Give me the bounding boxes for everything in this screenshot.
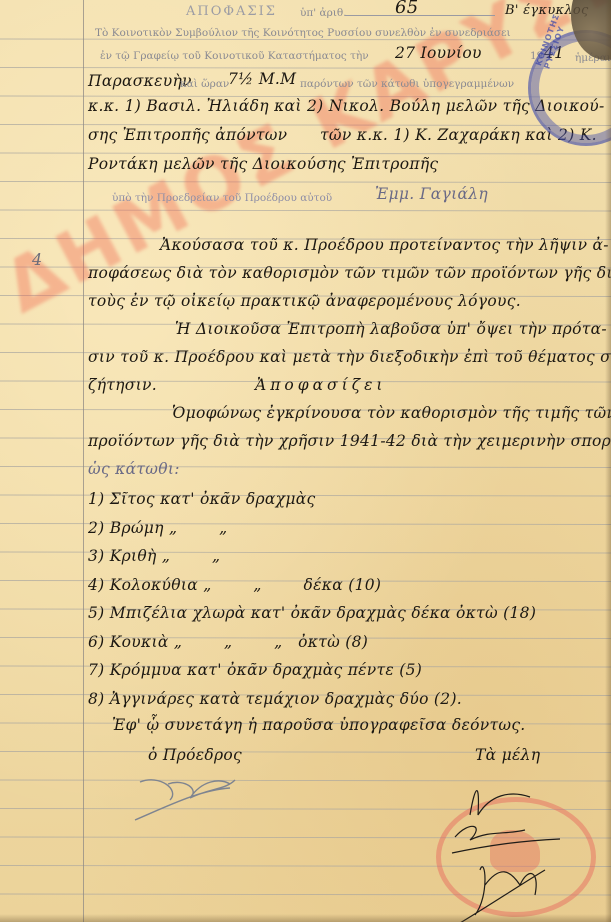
printed-time-label: καὶ ὥραν bbox=[180, 78, 229, 90]
margin-line bbox=[83, 0, 84, 922]
chair-signature bbox=[130, 770, 250, 830]
closing-line: Ἐφ' ᾧ συνετάγη ἡ παροῦσα ὑπογραφεῖσα δεό… bbox=[112, 716, 526, 734]
item-name: Κολοκύθια bbox=[110, 576, 203, 594]
item-price: „ „ bbox=[169, 519, 227, 537]
item-name: Σῖτος bbox=[110, 490, 160, 508]
signature-label-chair: ὁ Πρόεδρος bbox=[148, 746, 242, 764]
item-price: κατ' ὀκᾶν δραχμὰς πέντε (5) bbox=[187, 661, 422, 679]
item-name: Βρώμη bbox=[110, 519, 169, 537]
paragraph-3-line-1: Ὁμοφώνως ἐγκρίνουσα τὸν καθορισμὸν τῆς τ… bbox=[172, 404, 611, 422]
item-price: κατὰ τεμάχιον δραχμὰς δύο (2). bbox=[199, 690, 462, 708]
printed-number-label: ὑπ' ἀριθ. bbox=[300, 7, 347, 19]
item-price: „ „ „ ὀκτὼ (8) bbox=[174, 633, 368, 651]
member-signatures bbox=[450, 775, 570, 922]
paragraph-3-line-3: ὡς κάτωθι: bbox=[88, 460, 180, 478]
item-number: 3) bbox=[88, 547, 110, 565]
price-list-item: 1) Σῖτος κατ' ὀκᾶν δραχμὰς bbox=[88, 490, 315, 508]
members-line-1: κ.κ. 1) Βασιλ. Ἠλιάδη καὶ 2) Νικολ. Βούλ… bbox=[88, 97, 605, 115]
item-price: κατ' ὀκᾶν δραχμὰς bbox=[160, 490, 315, 508]
item-name: Ἀγγινάρες bbox=[110, 690, 200, 708]
printed-chair-label: ὑπὸ τὴν Προεδρείαν τοῦ Προέδρου αὐτοῦ bbox=[112, 192, 332, 204]
price-list-item: 3) Κριθὴ „ „ bbox=[88, 547, 220, 565]
item-number: 6) bbox=[88, 633, 110, 651]
item-number: 2) bbox=[88, 519, 110, 537]
members-line-2: σης Ἐπιτροπῆς ἀπόντων bbox=[88, 126, 287, 144]
paragraph-1-line-1: Ἀκούσασα τοῦ κ. Προέδρου προτείναντος τὴ… bbox=[160, 236, 609, 254]
margin-number: 4 bbox=[32, 250, 42, 269]
number-underline bbox=[345, 15, 495, 16]
item-price: „ „ δέκα (10) bbox=[203, 576, 381, 594]
printed-title: ΑΠΟΦΑΣΙΣ bbox=[186, 4, 277, 19]
edge-shadow bbox=[605, 0, 611, 922]
price-list-item: 2) Βρώμη „ „ bbox=[88, 519, 227, 537]
item-number: 5) bbox=[88, 604, 110, 622]
decision-heading: Ἀποφασίζει bbox=[255, 376, 387, 394]
time-handwritten: 7½ Μ.Μ bbox=[228, 70, 296, 88]
item-number: 8) bbox=[88, 690, 110, 708]
item-name: Κρόμμυα bbox=[110, 661, 187, 679]
date-handwritten: 27 Ιουνίου bbox=[395, 44, 482, 62]
members-line-4: Ροντάκη μελῶν τῆς Διοικούσης Ἐπιτροπῆς bbox=[88, 155, 438, 173]
price-list-item: 6) Κουκιὰ „ „ „ ὀκτὼ (8) bbox=[88, 633, 368, 651]
decision-number: 65 bbox=[395, 0, 419, 18]
price-list-item: 8) Ἀγγινάρες κατὰ τεμάχιον δραχμὰς δύο (… bbox=[88, 690, 462, 708]
item-number: 1) bbox=[88, 490, 110, 508]
paragraph-2-line-2: σιν τοῦ κ. Προέδρου καὶ μετὰ τὴν διεξοδι… bbox=[88, 348, 611, 366]
ledger-page: ΔΗΜΟΣ ΚΑΡΥΣΤΟΥ ΑΠΟΦΑΣΙΣ ὑπ' ἀριθ. 65 Β' … bbox=[0, 0, 611, 922]
printed-line-4-suffix: παρόντων τῶν κάτωθι ὑπογεγραμμένων bbox=[300, 78, 514, 90]
printed-line-2: Τὸ Κοινοτικὸν Συμβούλιον τῆς Κοινότητος … bbox=[95, 27, 511, 39]
item-number: 7) bbox=[88, 661, 110, 679]
day-handwritten: Παρασκευὴν bbox=[88, 72, 192, 90]
signature-label-members: Τὰ μέλη bbox=[475, 746, 540, 764]
paragraph-1-line-2: ποφάσεως διὰ τὸν καθορισμὸν τῶν τιμῶν τῶ… bbox=[88, 264, 611, 282]
printed-line-3-prefix: ἐν τῷ Γραφείῳ τοῦ Κοινοτικοῦ Καταστήματο… bbox=[100, 50, 369, 62]
item-name: Μπιζέλια χλωρὰ bbox=[110, 604, 251, 622]
paragraph-2-line-1: Ἡ Διοικοῦσα Ἐπιτροπὴ λαβοῦσα ὑπ' ὄψει τὴ… bbox=[175, 320, 607, 338]
item-price: „ „ bbox=[162, 547, 220, 565]
item-number: 4) bbox=[88, 576, 110, 594]
item-name: Κριθὴ bbox=[110, 547, 162, 565]
paragraph-3-line-2: προϊόντων γῆς διὰ τὴν χρῆσιν 1941-42 διὰ… bbox=[88, 432, 611, 450]
item-name: Κουκιὰ bbox=[110, 633, 174, 651]
paragraph-2-line-3: ζήτησιν. bbox=[88, 376, 157, 394]
price-list-item: 4) Κολοκύθια „ „ δέκα (10) bbox=[88, 576, 381, 594]
price-list-item: 7) Κρόμμυα κατ' ὀκᾶν δραχμὰς πέντε (5) bbox=[88, 661, 422, 679]
price-list-item: 5) Μπιζέλια χλωρὰ κατ' ὀκᾶν δραχμὰς δέκα… bbox=[88, 604, 536, 622]
chair-name: Ἐμμ. Γαγιάλη bbox=[375, 185, 488, 203]
bottom-shadow bbox=[0, 914, 611, 922]
item-price: κατ' ὀκᾶν δραχμὰς δέκα ὀκτὼ (18) bbox=[251, 604, 536, 622]
paragraph-1-line-3: τοὺς ἐν τῷ οἰκείῳ πρακτικῷ ἀναφερομένους… bbox=[88, 292, 521, 310]
